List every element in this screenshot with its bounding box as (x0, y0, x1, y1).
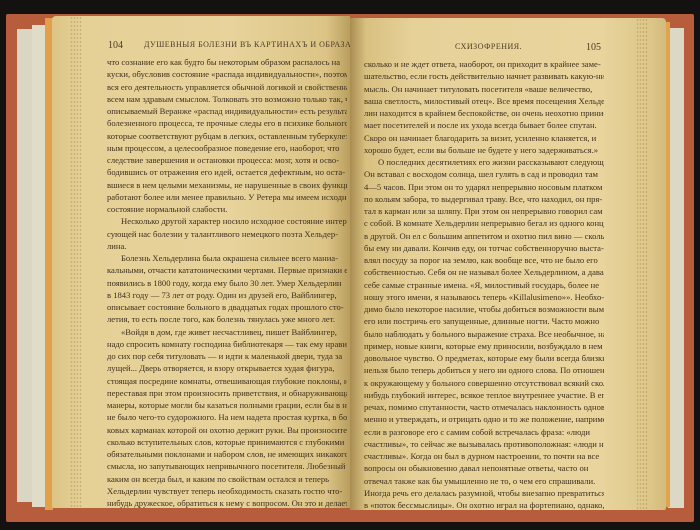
text-line: пример, новые книги, которые ему приноси… (364, 340, 604, 352)
text-line: к окружающему у больного совершенно отсу… (364, 377, 604, 389)
text-line: О последних десятилетиях его жизни расск… (364, 156, 604, 168)
text-line: счастливы». Когда он был в дурном настро… (364, 450, 604, 462)
text-line: хорошо будет, если вы больше не будете у… (364, 144, 604, 156)
text-line: бы ему ни давали. Кончив еду, он тотчас … (364, 242, 604, 254)
text-line: стоящая посредине комнаты, отвешивающая … (107, 375, 347, 387)
text-line: вшиеся в нем целыми механизмы, не наруше… (107, 179, 347, 191)
text-line: Болезнь Хельдерлина была окрашена сильне… (107, 252, 347, 264)
text-line: в «поток бессмыслицы». Он охотно играл н… (364, 499, 604, 510)
text-line: нибудь дружеское, обратиться к нему с во… (107, 497, 347, 508)
text-line: переставая при этом произносить приветст… (107, 387, 347, 399)
text-line: его или постричь его запущенные, длинные… (364, 315, 604, 327)
text-line: летия, то есть после того, как болезнь т… (107, 313, 347, 325)
text-line: описывает состояние больного в двадцатых… (107, 301, 347, 313)
text-line: мысль. Он начинает титуловать посетителя… (364, 83, 604, 95)
foxing-spots (636, 18, 648, 510)
text-line: лущей... Дверь отворяется, и взору откры… (107, 362, 347, 374)
left-page: 104 ДУШЕВНЫЯ БОЛЕЗНИ ВЪ КАРТИНАХЪ И ОБРА… (52, 16, 350, 508)
text-line: 4—5 часов. При этом он то ударял непреры… (364, 181, 604, 193)
text-line: вся его деятельность управляется обычной… (107, 81, 347, 93)
text-line: шательство, если гость действительно нач… (364, 70, 604, 82)
text-line: себе самые странные имена. «Я, милостивы… (364, 279, 604, 291)
text-line: сующей нас болезни у талантливого немецк… (107, 228, 347, 240)
foxing-spots (70, 16, 82, 508)
text-line: работают более или менее правильно. У Ре… (107, 191, 347, 203)
text-line: тал в карман или за шляпу. При этом он н… (364, 205, 604, 217)
text-line: счастливы», то сейчас же вызывалась прот… (364, 438, 604, 450)
text-line: всем нам здравым смыслом. Толковать это … (107, 93, 347, 105)
text-line: Иногда речь его делалась разумной, чтобы… (364, 487, 604, 499)
text-line: ношу этого имени, я называюсь теперь «Ki… (364, 291, 604, 303)
text-line: нельзя было теперь добиться у него ни од… (364, 364, 604, 376)
text-line: ковых карманах которой он охотно держит … (107, 424, 347, 436)
text-line: мает посетителей и после их ухода всегда… (364, 119, 604, 131)
text-line: появились в 1800 году, когда ему было 30… (107, 277, 347, 289)
text-line: Хельдерлин чувствует теперь необходимост… (107, 485, 347, 497)
text-line: следствие завершения и остановки процесс… (107, 154, 347, 166)
text-line: лин находится в крайнем беспокойстве, он… (364, 107, 604, 119)
text-line: менно и утверждать, и отрицать одно и то… (364, 413, 604, 425)
text-line: бодившись от отражения его идей, остаетс… (107, 166, 347, 178)
text-line: Несколько другой характер носило исходно… (107, 215, 347, 227)
text-line: вопросы он обыкновенно давал непонятные … (364, 462, 604, 474)
text-line: описываемый Веранже «распад индивидуальн… (107, 105, 347, 117)
text-line: состояние нормальной слабости. (107, 203, 347, 215)
running-header: ДУШЕВНЫЯ БОЛЕЗНИ ВЪ КАРТИНАХЪ И ОБРАЗАХЪ… (144, 40, 350, 49)
running-header: СХИЗОФРЕНИЯ. (455, 42, 522, 51)
page-number: 104 (108, 40, 123, 51)
text-line: надо спросить комнату господина библиоте… (107, 338, 347, 350)
text-line: димо было некоторое насилие, чтобы добит… (364, 303, 604, 315)
text-line: куски, обусловив состояние «распада инди… (107, 68, 347, 80)
text-line: нибудь глубокий интерес, всякое теплое в… (364, 389, 604, 401)
text-line: в другой. Он ел с большим аппетитом и ох… (364, 230, 604, 242)
text-line: лина. (107, 240, 347, 252)
text-line: манеры, которые могли бы казаться полным… (107, 399, 347, 411)
page-number: 105 (586, 42, 601, 53)
text-line: Он вставал с восходом солнца, шел гулять… (364, 168, 604, 180)
text-line: сколько и не ждет ответа, наоборот, он п… (364, 58, 604, 70)
text-line: было наблюдать у больного выражение стра… (364, 328, 604, 340)
right-endpaper (668, 28, 684, 508)
text-line: не было чего-то судорожного. На нем наде… (107, 411, 347, 423)
text-line: влял посуду за порог на землю, как вообщ… (364, 254, 604, 266)
text-line: отвечал также как бы умышленно не то, о … (364, 475, 604, 487)
text-line: ваша светлость, милостивый отец». Все вр… (364, 95, 604, 107)
text-line: смысла, но запутывающих непривычного пос… (107, 460, 347, 472)
text-line: кальными, отчасти кататоническими чертам… (107, 264, 347, 276)
text-line: каким он всегда был, и каким по свойства… (107, 473, 347, 485)
text-line: речах, помимо спутанности, часто отмечал… (364, 401, 604, 413)
text-line: болезненного процесса, те прочные следы … (107, 117, 347, 129)
text-line: Скоро он начинает благодарить за визит, … (364, 132, 604, 144)
text-line: в 1843 году — 73 лет от роду. Один из др… (107, 289, 347, 301)
right-page: СХИЗОФРЕНИЯ. 105 сколько и не ждет ответ… (350, 18, 666, 510)
text-line: по кольям забора, то выдергивал траву. В… (364, 193, 604, 205)
text-line: довольное чувство. О предметах, которые … (364, 352, 604, 364)
text-line: до сих пор себя титуловать — и идти к ма… (107, 350, 347, 362)
page-text: сколько и не ждет ответа, наоборот, он п… (364, 58, 604, 510)
page-text: что сознание его как будто бы некоторым … (107, 56, 347, 508)
text-line: сколько вступительных слов, которые прин… (107, 436, 347, 448)
text-line: собственностью. Себя он не называл более… (364, 266, 604, 278)
text-line: с собой. В комнате Хельдерлин непрерывно… (364, 217, 604, 229)
text-line: ным процессом, а целесообразное поведени… (107, 142, 347, 154)
text-line: «Войдя в дом, где живет несчастливец, пи… (107, 326, 347, 338)
text-line: которые соответствуют рубцам в легких, о… (107, 130, 347, 142)
text-line: что сознание его как будто бы некоторым … (107, 56, 347, 68)
text-line: если в разговоре его с самим собой встре… (364, 426, 604, 438)
text-line: обязательными поклонами и набором слов, … (107, 448, 347, 460)
